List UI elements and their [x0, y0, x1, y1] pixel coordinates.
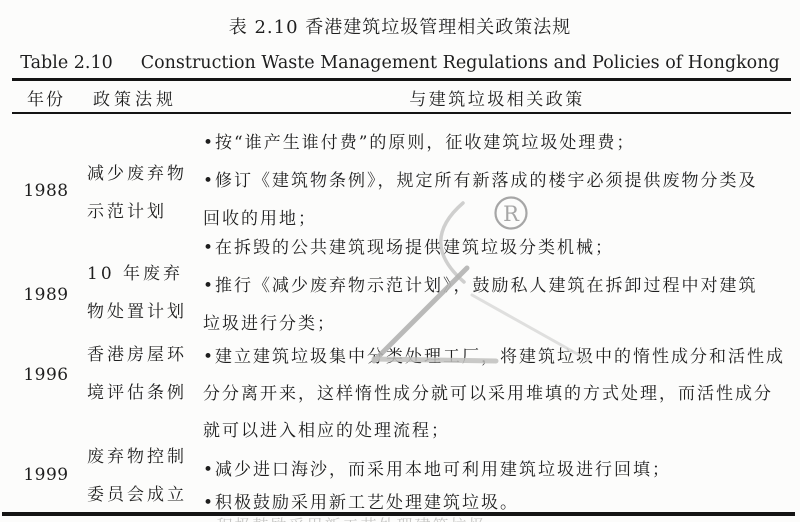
- year-cell: 1996: [12, 338, 80, 450]
- policy-line: 物处置计划: [87, 293, 203, 331]
- column-header-policy: 政策法规: [80, 85, 203, 110]
- policy-line: 委员会成立: [87, 476, 203, 514]
- policy-cell: 减少废弃物 示范计划: [80, 115, 203, 229]
- policy-line: 示范计划: [87, 193, 203, 231]
- content-line: •推行《减少废弃物示范计划》，鼓励私人建筑在拆卸过程中对建筑: [203, 267, 791, 305]
- table-header-rule: [12, 112, 791, 114]
- table-row-1999: 1999 废弃物控制 委员会成立 •减少进口海沙，而采用本地可利用建筑垃圾进行回…: [12, 450, 791, 512]
- table-bottom-rule: [2, 512, 795, 516]
- scan-ghost-text: •积极鼓励采用新工艺处理建筑垃圾。: [205, 517, 765, 522]
- content-cell: •按“谁产生谁付费”的原则，征收建筑垃圾处理费； •修订《建筑物条例》，规定所有…: [203, 115, 791, 229]
- year-cell: 1989: [12, 229, 80, 338]
- policy-line: 10 年废弃: [87, 255, 203, 293]
- policy-line: 境评估条例: [87, 374, 203, 412]
- table-header-row: 年份 政策法规 与建筑垃圾相关政策: [12, 84, 791, 111]
- policy-cell: 10 年废弃 物处置计划: [80, 229, 203, 338]
- year-cell: 1988: [12, 115, 80, 229]
- content-cell: •建立建筑垃圾集中分类处理工厂，将建筑垃圾中的惰性成分和活性成 分分离开来，这样…: [203, 338, 791, 450]
- content-line: •在拆毁的公共建筑现场提供建筑垃圾分类机械；: [203, 229, 791, 267]
- content-line: •修订《建筑物条例》，规定所有新落成的楼宇必须提供废物分类及: [203, 162, 791, 200]
- content-line: 就可以进入相应的处理流程；: [203, 413, 791, 450]
- policy-line: 减少废弃物: [87, 155, 203, 193]
- table-number-label: Table 2.10: [20, 53, 112, 73]
- policy-line: 废弃物控制: [87, 438, 203, 476]
- content-line: 分分离开来，这样惰性成分就可以采用堆填的方式处理，而活性成分: [203, 376, 791, 413]
- column-header-content: 与建筑垃圾相关政策: [203, 85, 791, 110]
- year-cell: 1999: [12, 450, 80, 512]
- content-cell: •在拆毁的公共建筑现场提供建筑垃圾分类机械； •推行《减少废弃物示范计划》，鼓励…: [203, 229, 791, 338]
- policy-cell: 废弃物控制 委员会成立: [80, 450, 203, 512]
- table-row-1996: 1996 香港房屋环 境评估条例 •建立建筑垃圾集中分类处理工厂，将建筑垃圾中的…: [12, 338, 791, 450]
- scanned-page: 表 2.10 香港建筑垃圾管理相关政策法规 Table 2.10Construc…: [0, 0, 800, 522]
- table-row-1988: 1988 减少废弃物 示范计划 •按“谁产生谁付费”的原则，征收建筑垃圾处理费；…: [12, 115, 791, 229]
- content-line: •建立建筑垃圾集中分类处理工厂，将建筑垃圾中的惰性成分和活性成: [203, 339, 791, 376]
- table-caption-english: Table 2.10Construction Waste Management …: [0, 53, 800, 73]
- content-cell: •减少进口海沙，而采用本地可利用建筑垃圾进行回填； •积极鼓励采用新工艺处理建筑…: [203, 450, 791, 512]
- content-line: •按“谁产生谁付费”的原则，征收建筑垃圾处理费；: [203, 124, 791, 162]
- column-header-year: 年份: [12, 85, 80, 110]
- content-line: •减少进口海沙，而采用本地可利用建筑垃圾进行回填；: [203, 454, 791, 487]
- table-caption-english-text: Construction Waste Management Regulation…: [141, 53, 780, 73]
- table-row-1989: 1989 10 年废弃 物处置计划 •在拆毁的公共建筑现场提供建筑垃圾分类机械；…: [12, 229, 791, 338]
- table-top-rule: [12, 78, 791, 81]
- policy-line: 香港房屋环: [87, 336, 203, 374]
- table-caption-chinese: 表 2.10 香港建筑垃圾管理相关政策法规: [0, 13, 800, 39]
- policy-cell: 香港房屋环 境评估条例: [80, 338, 203, 450]
